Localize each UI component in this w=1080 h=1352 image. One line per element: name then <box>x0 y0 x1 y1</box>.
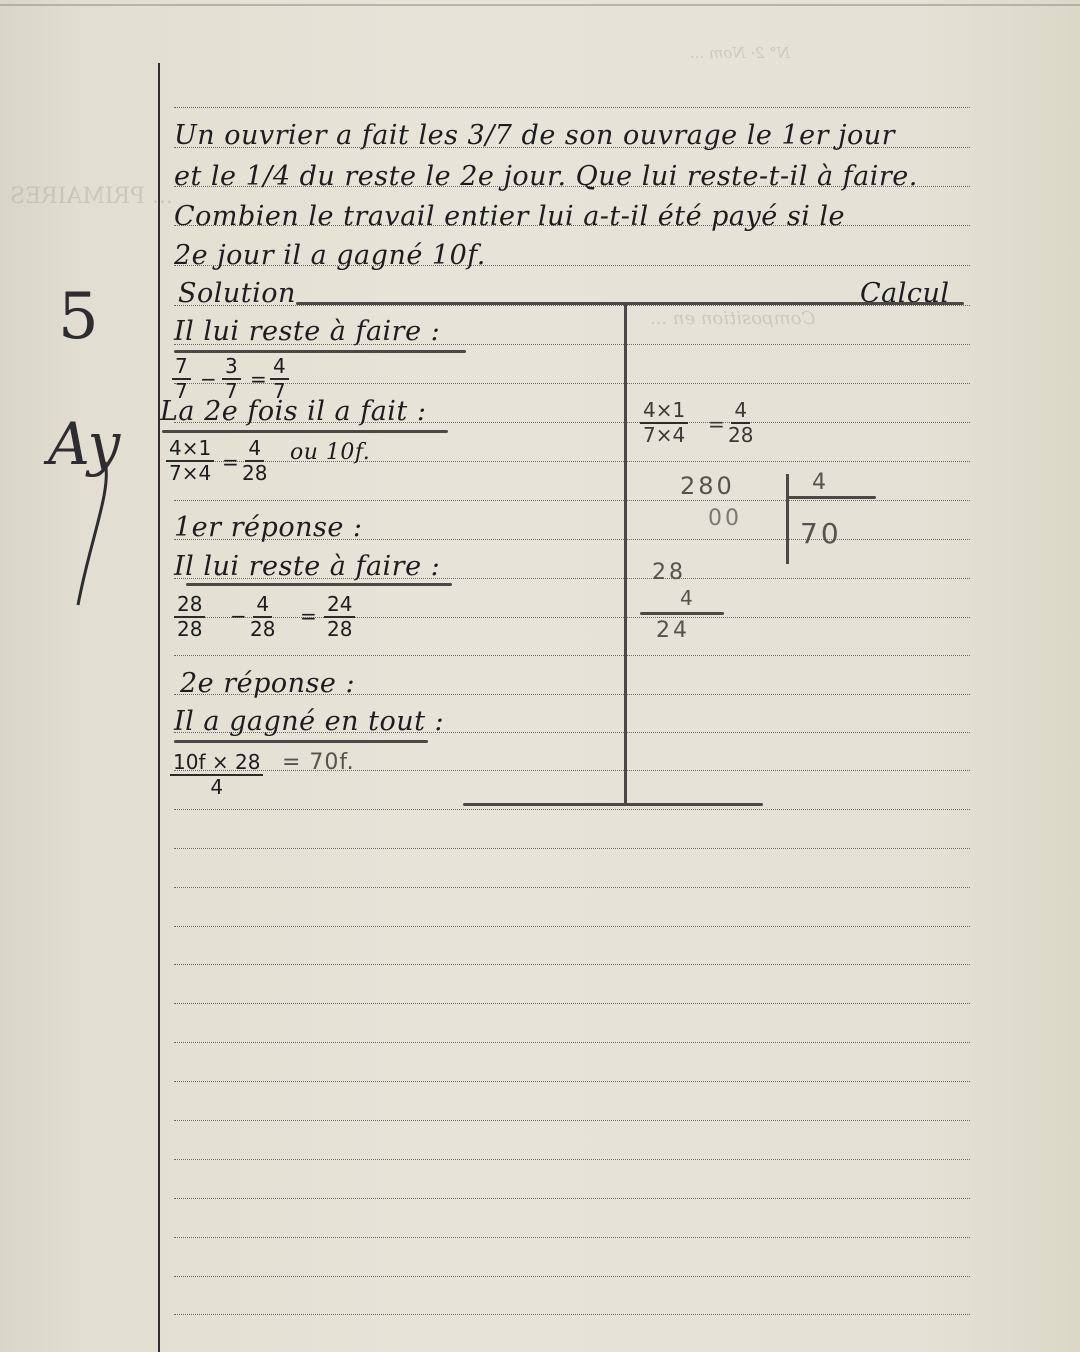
division-remainder: 00 <box>708 508 742 530</box>
calc-frac-a: 4×17×4 <box>640 400 688 446</box>
equals-sign: = <box>222 450 239 474</box>
grade-mark: 5 <box>58 280 99 354</box>
step4-result: = 70f. <box>282 752 355 774</box>
step2-frac-a: 4×17×4 <box>166 438 214 484</box>
subtraction-rule <box>640 612 724 615</box>
subtraction-top: 28 <box>652 562 686 584</box>
problem-line-1: Un ouvrier a fait les 3/7 de son ouvrage… <box>174 122 895 149</box>
step2-underline <box>162 430 448 433</box>
division-bracket-horizontal <box>788 496 876 499</box>
division-dividend: 280 <box>680 474 735 498</box>
step3-frac-b: 428 <box>250 594 275 640</box>
problem-line-4: 2e jour il a gagné 10f. <box>174 242 486 269</box>
division-quotient: 70 <box>800 520 842 548</box>
exam-sheet: N° 2· Nom ... Composition en ... ... PRI… <box>0 0 1080 1352</box>
step3-frac-result: 2428 <box>324 594 355 640</box>
step2-frac-result: 428 <box>242 438 267 484</box>
initials-tail-stroke <box>60 460 120 610</box>
step2-title: La 2e fois il a fait : <box>160 398 426 425</box>
bleed-through-left: ... PRIMAIRES <box>10 184 173 209</box>
step2-suffix: ou 10f. <box>290 442 370 464</box>
top-edge-rule <box>0 4 1080 6</box>
step3-underline <box>186 583 452 586</box>
minus-sign: − <box>200 367 217 391</box>
header-rule <box>296 302 964 305</box>
step1-underline <box>174 350 466 353</box>
minus-sign: − <box>230 604 247 628</box>
step3-title: Il lui reste à faire : <box>174 553 440 580</box>
step4-title: Il a gagné en tout : <box>174 708 444 735</box>
subtraction-minus: 4 <box>680 588 696 608</box>
bottom-closing-rule <box>463 803 763 806</box>
calc-frac-result: 428 <box>728 400 753 446</box>
step3-frac-a: 2828 <box>174 594 205 640</box>
step4-frac: 10f × 284 <box>170 752 263 798</box>
division-bracket-vertical <box>786 474 789 564</box>
problem-line-3: Combien le travail entier lui a-t-il été… <box>174 203 845 230</box>
bleed-through-subtitle: Composition en ... <box>650 308 815 329</box>
answer2-label: 2e réponse : <box>180 670 355 697</box>
answer1-label: 1er réponse : <box>174 514 362 541</box>
bleed-through-header: N° 2· Nom ... <box>690 44 790 62</box>
division-divisor: 4 <box>812 472 829 494</box>
equals-sign: = <box>708 412 725 436</box>
column-divider <box>624 304 627 804</box>
step4-underline <box>174 740 428 743</box>
equals-sign: = <box>250 367 267 391</box>
problem-line-2: et le 1/4 du reste le 2e jour. Que lui r… <box>174 163 918 190</box>
subtraction-result: 24 <box>656 620 690 642</box>
step1-title: Il lui reste à faire : <box>174 318 440 345</box>
margin-line <box>158 63 160 1352</box>
solution-header: Solution <box>178 280 296 307</box>
equals-sign: = <box>300 604 317 628</box>
